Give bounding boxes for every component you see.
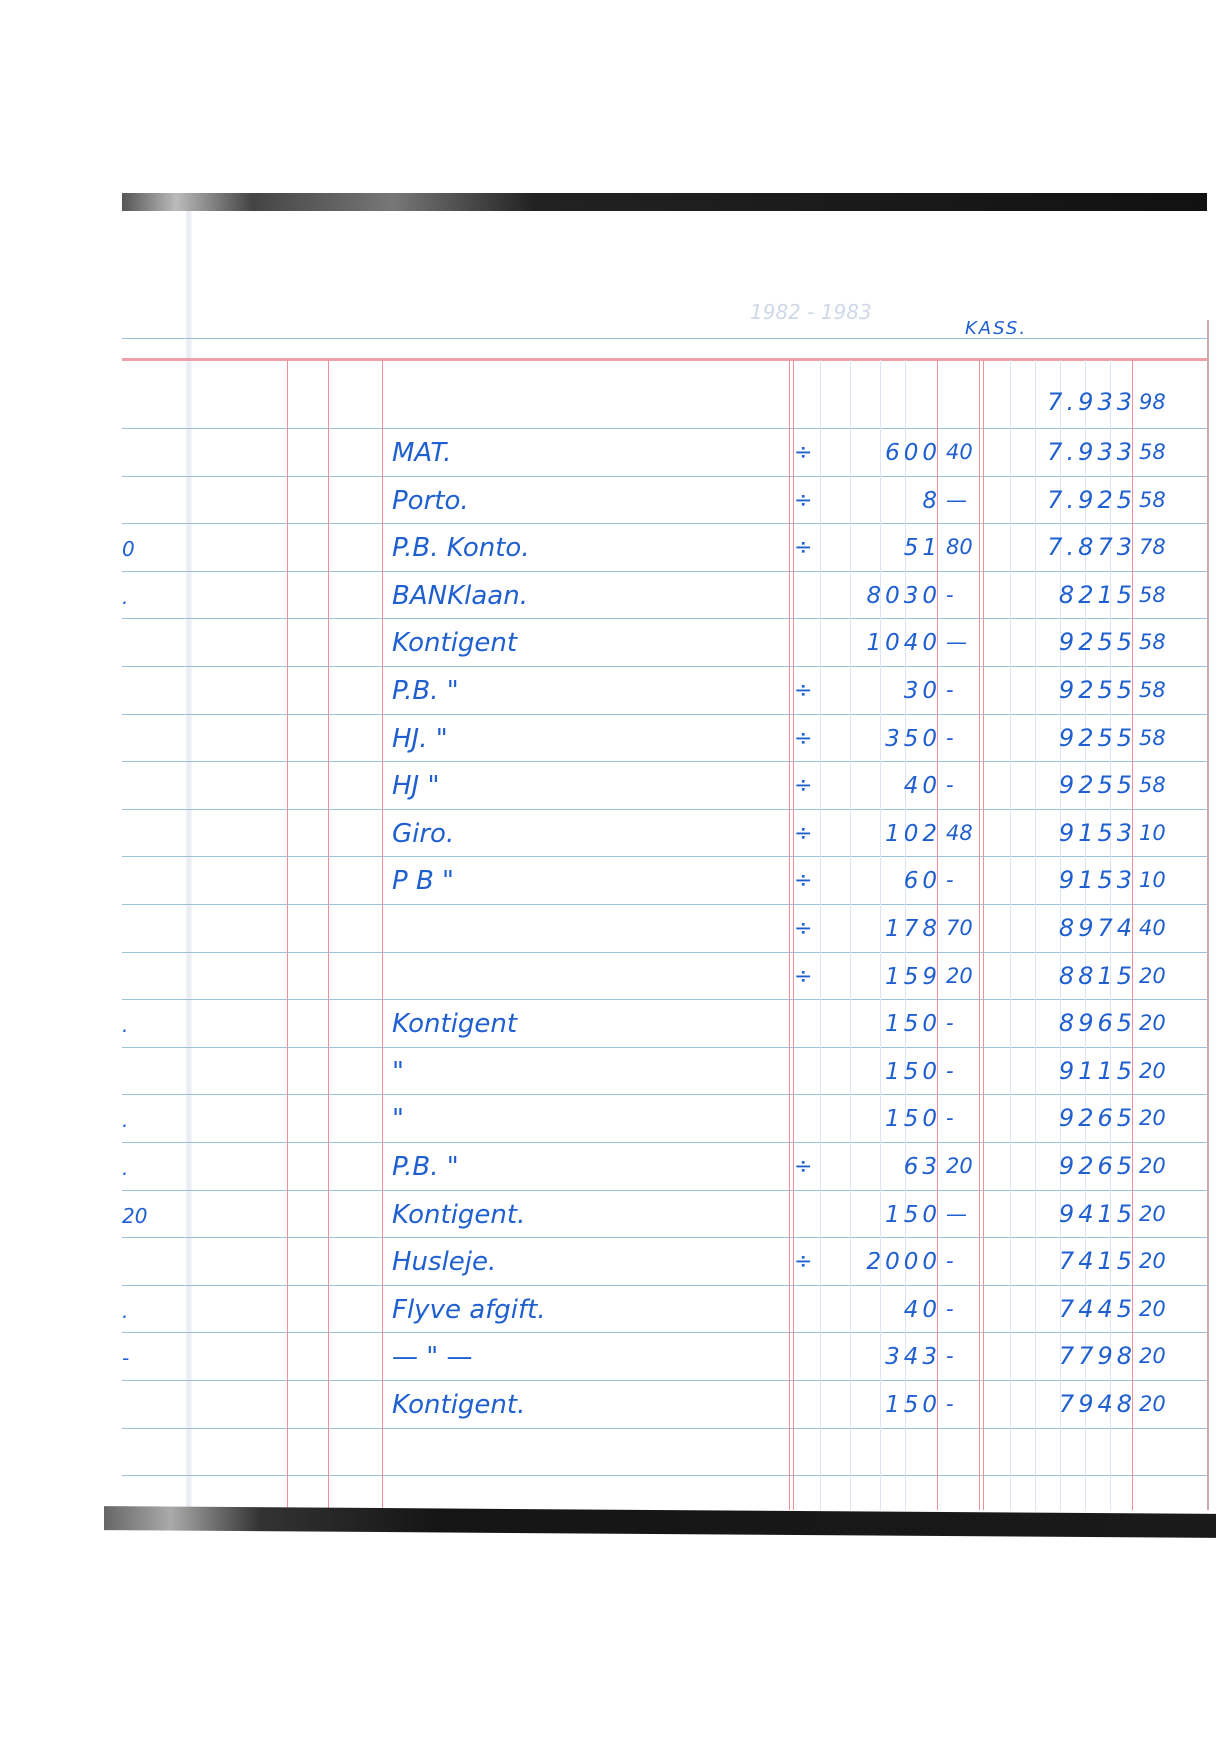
balance-kroner: 7445 — [1059, 1295, 1136, 1323]
minus-sign: ÷ — [794, 535, 812, 560]
balance-ore: 58 — [1139, 488, 1166, 512]
balance-ore: 58 — [1139, 678, 1166, 702]
amount-kroner: 40 — [904, 773, 941, 799]
balance-ore: 78 — [1139, 535, 1166, 559]
balance-kroner: 9255 — [1059, 724, 1136, 752]
balance-kroner: 8215 — [1059, 581, 1136, 609]
ledger-row: Kontigent1040—925558 — [0, 622, 1228, 669]
minus-sign: ÷ — [794, 678, 812, 703]
amount-ore: - — [946, 1106, 954, 1130]
entry-description: Kontigent. — [392, 1200, 525, 1230]
amount-ore: — — [946, 488, 967, 512]
balance-kroner: 9415 — [1059, 1200, 1136, 1228]
amount-kroner: 150 — [885, 1106, 941, 1132]
minus-sign: ÷ — [794, 440, 812, 465]
amount-ore: - — [946, 678, 954, 702]
balance-ore: 20 — [1139, 1297, 1166, 1321]
entry-description: Kontigent — [392, 1009, 517, 1039]
balance-kroner: 7.873 — [1047, 533, 1136, 561]
minus-sign: ÷ — [794, 488, 812, 513]
amount-ore: - — [946, 1344, 954, 1368]
amount-kroner: 343 — [885, 1344, 941, 1370]
balance-kroner: 8965 — [1059, 1009, 1136, 1037]
amount-kroner: 150 — [885, 1011, 941, 1037]
balance-kroner: 8815 — [1059, 962, 1136, 990]
entry-description: — " — — [392, 1342, 473, 1372]
amount-kroner: 102 — [885, 821, 941, 847]
balance-kroner: 9255 — [1059, 676, 1136, 704]
minus-sign: ÷ — [794, 916, 812, 941]
balance-ore: 20 — [1139, 1344, 1166, 1368]
column-header-kass: KASS. — [965, 318, 1027, 339]
balance-kroner: 9153 — [1059, 866, 1136, 894]
ledger-row: Porto.÷8—7.92558 — [0, 480, 1228, 527]
margin-mark: . — [122, 1013, 128, 1037]
amount-kroner: 60 — [904, 868, 941, 894]
scanner-shadow-bottom — [104, 1506, 1216, 1538]
balance-ore: 20 — [1139, 1154, 1166, 1178]
balance-kroner: 9255 — [1059, 628, 1136, 656]
entry-description: P.B. Konto. — [392, 533, 530, 563]
amount-ore: 40 — [946, 440, 973, 464]
scanner-shadow-top — [122, 193, 1207, 211]
balance-ore: 40 — [1139, 916, 1166, 940]
margin-mark: 20 — [122, 1204, 147, 1228]
entry-description: " — [392, 1057, 404, 1087]
amount-kroner: 40 — [904, 1297, 941, 1323]
header-red-rule — [122, 358, 1207, 361]
header-rule — [122, 338, 1207, 339]
ledger-row: — " —343-779820 — [0, 1336, 1228, 1383]
balance-ore: 58 — [1139, 583, 1166, 607]
amount-kroner: 350 — [885, 726, 941, 752]
balance-kroner: 9265 — [1059, 1152, 1136, 1180]
balance-kroner: 9115 — [1059, 1057, 1136, 1085]
balance-ore: 20 — [1139, 1392, 1166, 1416]
ledger-row: "150-911520 — [0, 1051, 1228, 1098]
balance-kroner: 7.933 — [1047, 438, 1136, 466]
balance-kroner: 9255 — [1059, 771, 1136, 799]
amount-kroner: 150 — [885, 1392, 941, 1418]
margin-mark: 0 — [122, 537, 135, 561]
margin-mark: . — [122, 1156, 128, 1180]
amount-ore: - — [946, 1392, 954, 1416]
ledger-row: Kontigent.150—941520 — [0, 1194, 1228, 1241]
balance-kroner: 9153 — [1059, 819, 1136, 847]
ledger-row: BANKlaan.8030-821558 — [0, 575, 1228, 622]
balance-ore: 20 — [1139, 1059, 1166, 1083]
amount-ore: 48 — [946, 821, 973, 845]
minus-sign: ÷ — [794, 773, 812, 798]
amount-ore: - — [946, 726, 954, 750]
opening-balance-dec: 98 — [1139, 390, 1166, 414]
amount-ore: - — [946, 1297, 954, 1321]
amount-kroner: 51 — [904, 535, 941, 561]
balance-kroner: 7.925 — [1047, 486, 1136, 514]
ledger-row: Husleje.÷2000-741520 — [0, 1241, 1228, 1288]
opening-balance-int: 7.933 — [1047, 388, 1136, 416]
ruled-line — [122, 1475, 1207, 1476]
entry-description: Kontigent. — [392, 1390, 525, 1420]
amount-ore: — — [946, 1202, 967, 1226]
minus-sign: ÷ — [794, 1154, 812, 1179]
amount-kroner: 178 — [885, 916, 941, 942]
amount-kroner: 63 — [904, 1154, 941, 1180]
balance-ore: 20 — [1139, 1106, 1166, 1130]
minus-sign: ÷ — [794, 1249, 812, 1274]
ledger-row: ÷15920881520 — [0, 956, 1228, 1003]
amount-ore: - — [946, 1011, 954, 1035]
balance-kroner: 7798 — [1059, 1342, 1136, 1370]
ledger-row: Kontigent.150-794820 — [0, 1384, 1228, 1431]
ledger-row: HJ "÷40-925558 — [0, 765, 1228, 812]
amount-kroner: 150 — [885, 1202, 941, 1228]
amount-kroner: 1040 — [866, 630, 941, 656]
amount-ore: - — [946, 583, 954, 607]
entry-description: P.B. " — [392, 1152, 459, 1182]
entry-description: Porto. — [392, 486, 469, 516]
minus-sign: ÷ — [794, 868, 812, 893]
margin-mark: - — [122, 1346, 129, 1370]
amount-kroner: 8030 — [866, 583, 941, 609]
entry-description: " — [392, 1104, 404, 1134]
amount-ore: - — [946, 773, 954, 797]
balance-ore: 20 — [1139, 964, 1166, 988]
ledger-row: Kontigent150-896520 — [0, 1003, 1228, 1050]
minus-sign: ÷ — [794, 964, 812, 989]
balance-kroner: 7415 — [1059, 1247, 1136, 1275]
entry-description: MAT. — [392, 438, 451, 468]
ledger-row: P.B. "÷30-925558 — [0, 670, 1228, 717]
balance-ore: 10 — [1139, 868, 1166, 892]
ledger-row: P.B. "÷6320926520 — [0, 1146, 1228, 1193]
entry-description: Husleje. — [392, 1247, 496, 1277]
amount-ore: - — [946, 868, 954, 892]
minus-sign: ÷ — [794, 726, 812, 751]
amount-kroner: 600 — [885, 440, 941, 466]
amount-kroner: 8 — [922, 488, 941, 514]
margin-mark: . — [122, 1108, 128, 1132]
margin-mark: . — [122, 1299, 128, 1323]
amount-kroner: 159 — [885, 964, 941, 990]
ledger-row: MAT.÷600407.93358 — [0, 432, 1228, 479]
ledger-row: HJ. "÷350-925558 — [0, 718, 1228, 765]
ledger-row: "150-926520 — [0, 1098, 1228, 1145]
entry-description: BANKlaan. — [392, 581, 528, 611]
ledger-row: ÷17870897440 — [0, 908, 1228, 955]
entry-description: P B " — [392, 866, 454, 896]
balance-ore: 10 — [1139, 821, 1166, 845]
amount-ore: — — [946, 630, 967, 654]
balance-ore: 58 — [1139, 630, 1166, 654]
balance-ore: 20 — [1139, 1011, 1166, 1035]
opening-balance-row: 7.933 98 — [0, 382, 1228, 429]
entry-description: P.B. " — [392, 676, 459, 706]
entry-description: HJ " — [392, 771, 439, 801]
amount-kroner: 2000 — [866, 1249, 941, 1275]
balance-ore: 58 — [1139, 726, 1166, 750]
entry-description: Flyve afgift. — [392, 1295, 546, 1325]
faded-header-text: 1982 - 1983 — [750, 300, 872, 324]
amount-ore: 20 — [946, 1154, 973, 1178]
balance-ore: 58 — [1139, 773, 1166, 797]
amount-ore: 80 — [946, 535, 973, 559]
balance-ore: 20 — [1139, 1202, 1166, 1226]
margin-mark: . — [122, 585, 128, 609]
amount-ore: 70 — [946, 916, 973, 940]
ledger-row: Flyve afgift.40-744520 — [0, 1289, 1228, 1336]
entry-description: Kontigent — [392, 628, 517, 658]
ledger-row: Giro.÷10248915310 — [0, 813, 1228, 860]
balance-ore: 20 — [1139, 1249, 1166, 1273]
amount-ore: 20 — [946, 964, 973, 988]
amount-ore: - — [946, 1059, 954, 1083]
balance-kroner: 7948 — [1059, 1390, 1136, 1418]
balance-kroner: 9265 — [1059, 1104, 1136, 1132]
amount-ore: - — [946, 1249, 954, 1273]
ledger-row: P.B. Konto.÷51807.87378 — [0, 527, 1228, 574]
amount-kroner: 30 — [904, 678, 941, 704]
balance-ore: 58 — [1139, 440, 1166, 464]
amount-kroner: 150 — [885, 1059, 941, 1085]
entry-description: Giro. — [392, 819, 454, 849]
ledger-row: P B "÷60-915310 — [0, 860, 1228, 907]
minus-sign: ÷ — [794, 821, 812, 846]
balance-kroner: 8974 — [1059, 914, 1136, 942]
entry-description: HJ. " — [392, 724, 448, 754]
